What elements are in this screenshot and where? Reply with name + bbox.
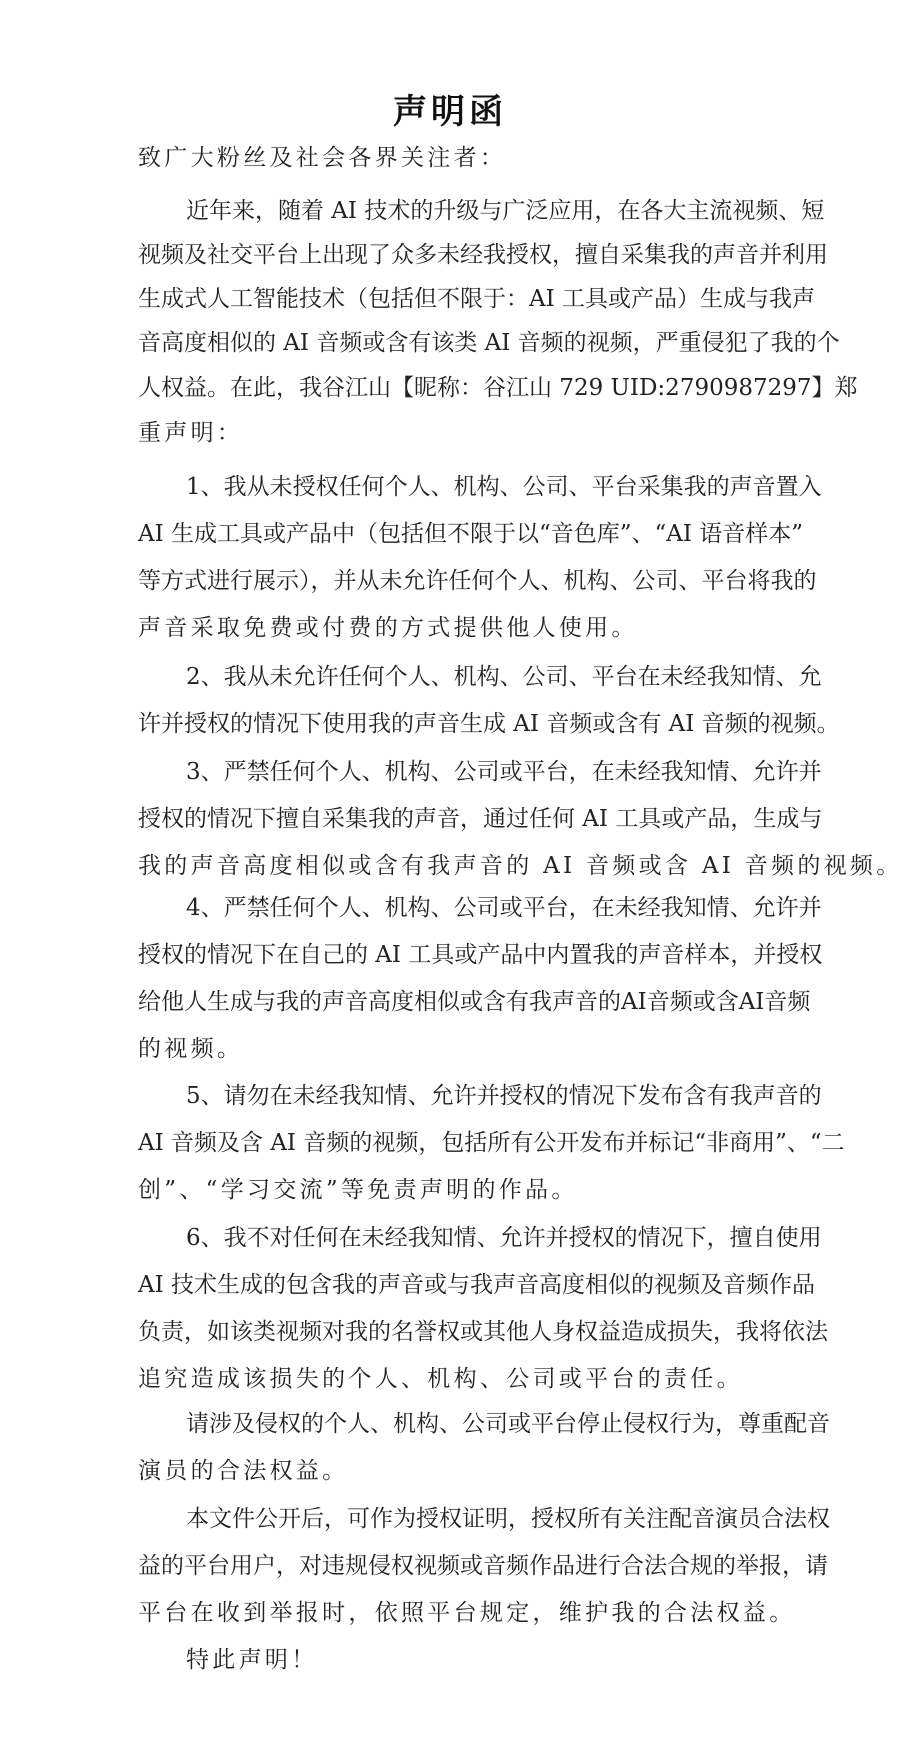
paragraph-line: AI 生成工具或产品中（包括但不限于以“音色库”、“AI 语音样本”: [138, 519, 766, 549]
paragraph-line: 5、请勿在未经我知情、允许并授权的情况下发布含有我声音的: [186, 1081, 766, 1111]
salutation: 致广大粉丝及社会各界关注者：: [138, 143, 766, 173]
paragraph-line: 人权益。在此，我谷江山【昵称：谷江山 729 UID:2790987297】郑: [138, 373, 766, 403]
paragraph-line: 声音采取免费或付费的方式提供他人使用。: [138, 613, 766, 643]
paragraph-line: 本文件公开后，可作为授权证明，授权所有关注配音演员合法权: [186, 1504, 766, 1534]
paragraph-line: AI 音频及含 AI 音频的视频，包括所有公开发布并标记“非商用”、“二: [138, 1128, 766, 1158]
paragraph-line: 授权的情况下擅自采集我的声音，通过任何 AI 工具或产品，生成与: [138, 804, 766, 834]
paragraph-line: 演员的合法权益。: [138, 1456, 766, 1486]
paragraph-line: 视频及社交平台上出现了众多未经我授权，擅自采集我的声音并利用: [138, 240, 766, 270]
paragraph-line: 1、我从未授权任何个人、机构、公司、平台采集我的声音置入: [186, 472, 766, 502]
paragraph-line: 给他人生成与我的声音高度相似或含有我声音的AI音频或含AI音频: [138, 987, 766, 1017]
paragraph-line: 2、我从未允许任何个人、机构、公司、平台在未经我知情、允: [186, 662, 766, 692]
paragraph-line: AI 技术生成的包含我的声音或与我声音高度相似的视频及音频作品: [138, 1270, 766, 1300]
paragraph-line: 等方式进行展示），并从未允许任何个人、机构、公司、平台将我的: [138, 566, 766, 596]
paragraph-line: 4、严禁任何个人、机构、公司或平台，在未经我知情、允许并: [186, 893, 766, 923]
paragraph-line: 的视频。: [138, 1034, 766, 1064]
closing-statement: 特此声明！: [186, 1645, 766, 1675]
paragraph-line: 许并授权的情况下使用我的声音生成 AI 音频或含有 AI 音频的视频。: [138, 709, 766, 739]
paragraph-line: 3、严禁任何个人、机构、公司或平台，在未经我知情、允许并: [186, 757, 766, 787]
paragraph-line: 授权的情况下在自己的 AI 工具或产品中内置我的声音样本，并授权: [138, 940, 766, 970]
paragraph-line: 益的平台用户，对违规侵权视频或音频作品进行合法合规的举报，请: [138, 1551, 766, 1581]
paragraph-line: 平台在收到举报时，依照平台规定，维护我的合法权益。: [138, 1598, 766, 1628]
paragraph-line: 负责，如该类视频对我的名誉权或其他人身权益造成损失，我将依法: [138, 1317, 766, 1347]
paragraph-line: 我的声音高度相似或含有我声音的 AI 音频或含 AI 音频的视频。: [138, 851, 766, 881]
document-title: 声明函: [0, 84, 900, 133]
paragraph-line: 请涉及侵权的个人、机构、公司或平台停止侵权行为，尊重配音: [186, 1409, 766, 1439]
paragraph-line: 近年来，随着 AI 技术的升级与广泛应用，在各大主流视频、短: [186, 196, 766, 226]
paragraph-line: 追究造成该损失的个人、机构、公司或平台的责任。: [138, 1364, 766, 1394]
paragraph-line: 6、我不对任何在未经我知情、允许并授权的情况下，擅自使用: [186, 1223, 766, 1253]
paragraph-line: 音高度相似的 AI 音频或含有该类 AI 音频的视频，严重侵犯了我的个: [138, 328, 766, 358]
paragraph-line: 创”、“学习交流”等免责声明的作品。: [138, 1175, 766, 1205]
paragraph-line: 重声明：: [138, 418, 766, 448]
paragraph-line: 生成式人工智能技术（包括但不限于：AI 工具或产品）生成与我声: [138, 284, 766, 314]
